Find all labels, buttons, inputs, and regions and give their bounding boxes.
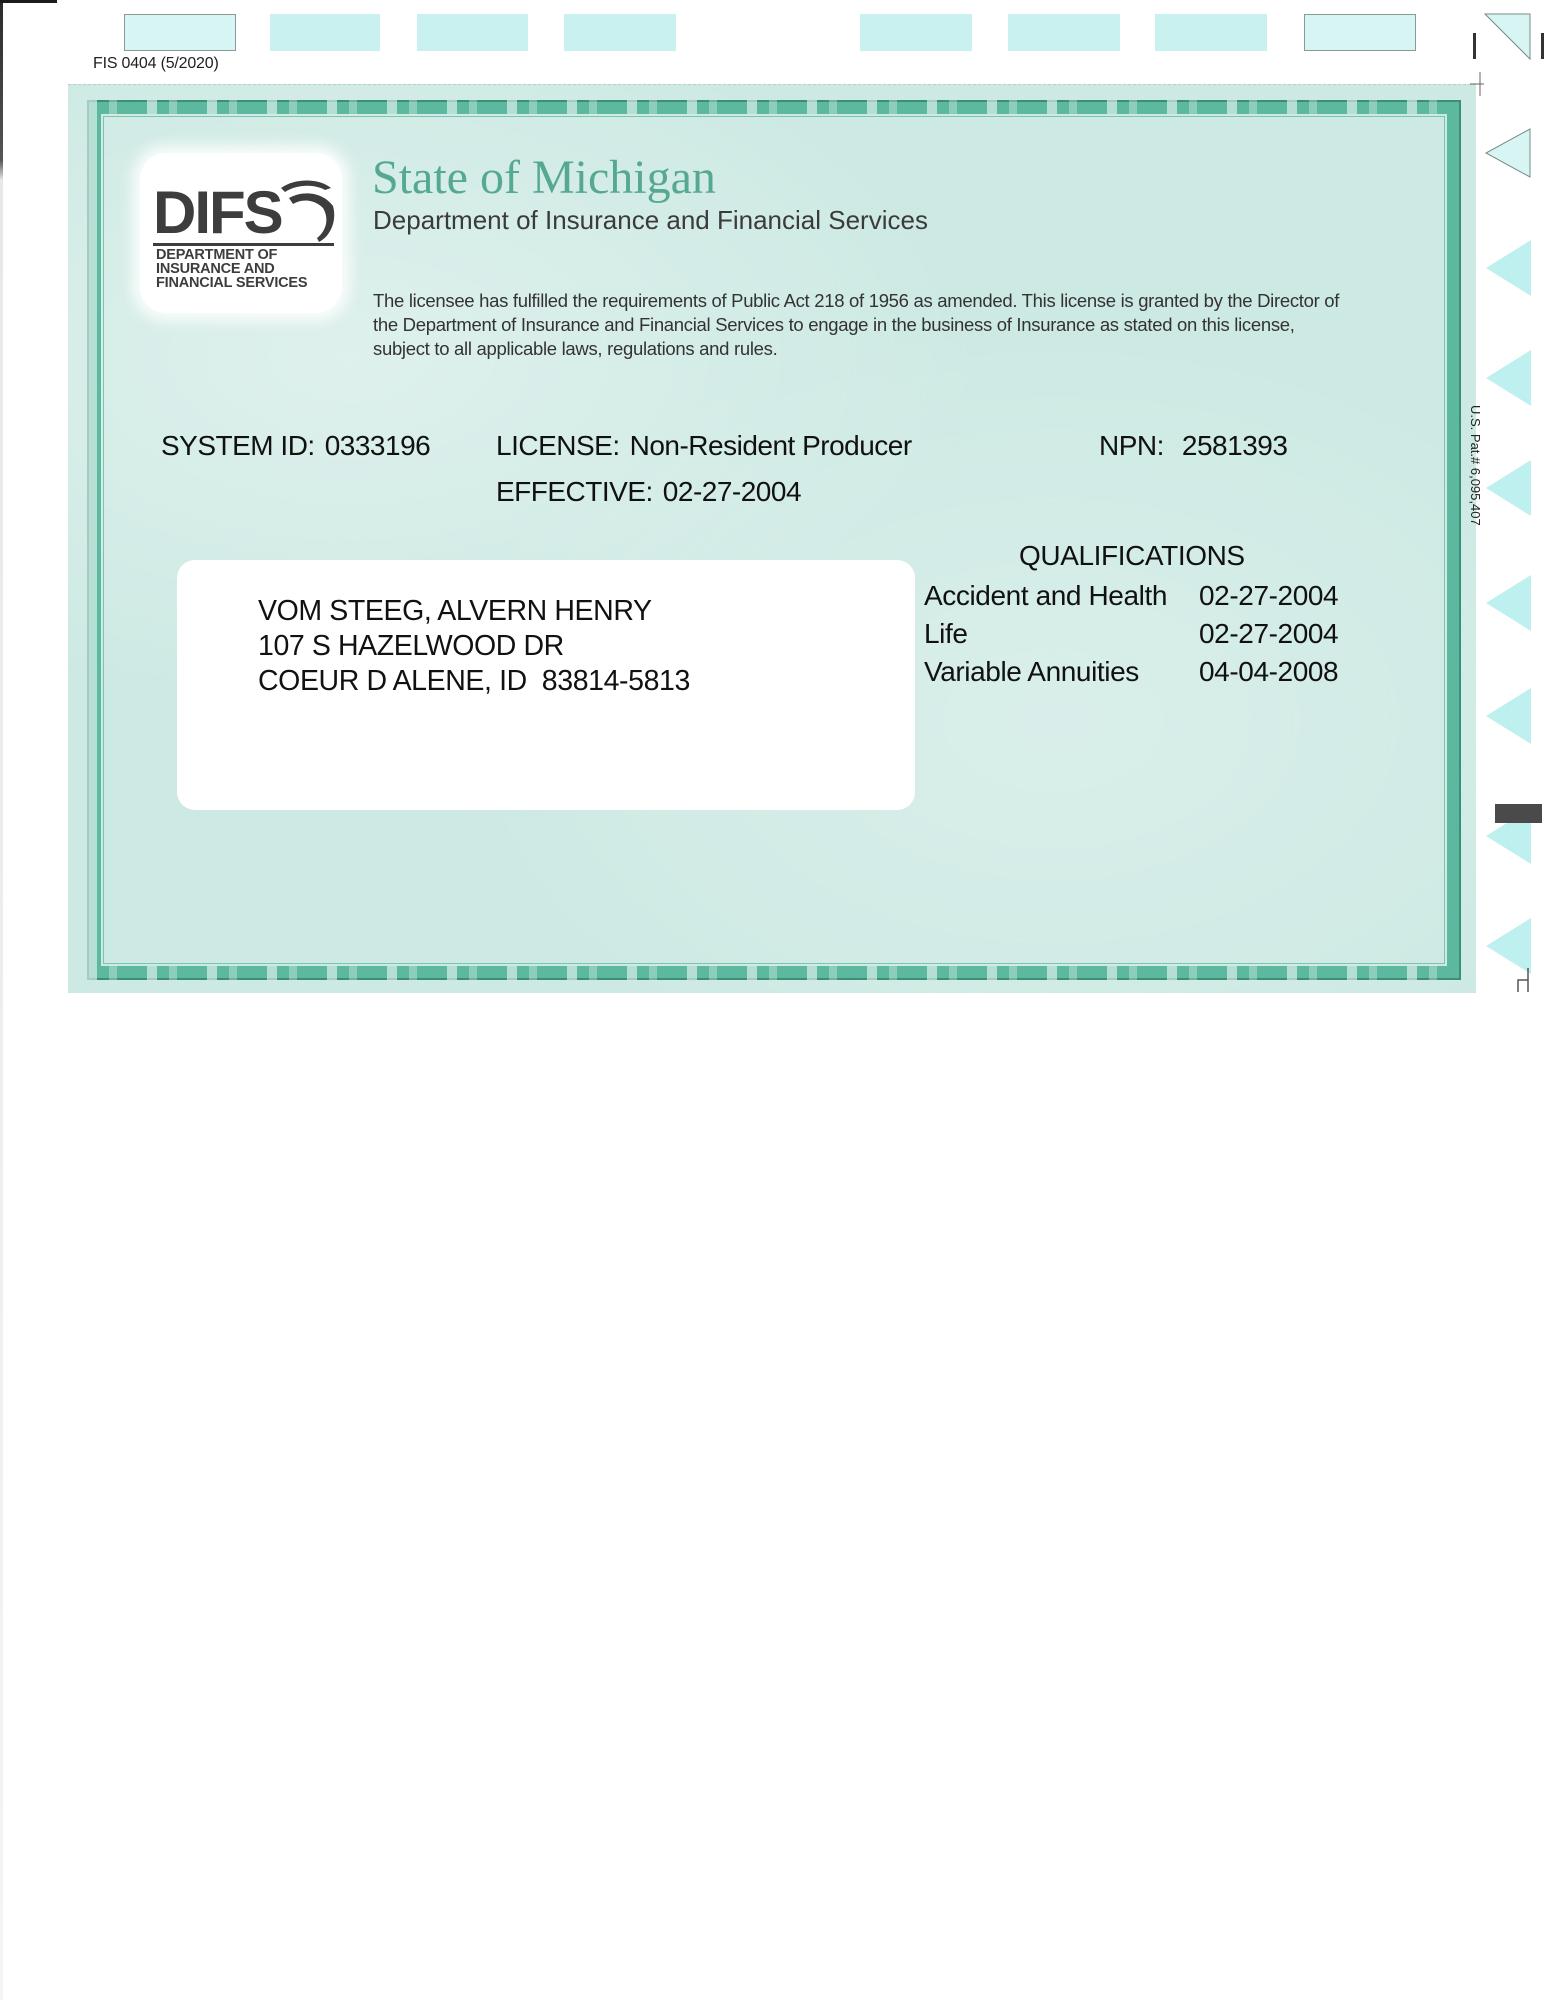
registration-swatch <box>1304 14 1416 51</box>
triangle-left-icon <box>1486 350 1531 406</box>
effective-value: 02-27-2004 <box>663 476 801 507</box>
qualifications-table: Accident and Health 02-27-2004 Life 02-2… <box>924 577 1338 691</box>
qualification-date: 04-04-2008 <box>1199 653 1338 691</box>
scan-edge-left <box>0 0 3 2000</box>
effective-label: EFFECTIVE: <box>496 476 653 507</box>
table-row: Accident and Health 02-27-2004 <box>924 577 1338 615</box>
triangle-left-icon <box>1486 575 1531 631</box>
triangle-left-icon <box>1486 688 1531 744</box>
effective-field: EFFECTIVE:02-27-2004 <box>496 476 801 508</box>
registration-swatch <box>1155 14 1267 51</box>
department-name: Department of Insurance and Financial Se… <box>373 205 928 236</box>
table-row: Variable Annuities 04-04-2008 <box>924 653 1338 691</box>
triangle-left-icon <box>1486 240 1531 296</box>
registration-swatch <box>860 14 972 51</box>
logo-rule <box>153 243 334 246</box>
logo-line: DEPARTMENT OF <box>156 248 307 262</box>
registration-mark <box>1473 33 1476 59</box>
license-field: LICENSE:Non-Resident Producer <box>496 430 912 462</box>
triangle-left-icon <box>1484 128 1532 178</box>
page-title: State of Michigan <box>372 150 716 205</box>
registration-mark <box>1541 33 1544 59</box>
qualification-name: Accident and Health <box>924 577 1199 615</box>
logo-department-text: DEPARTMENT OF INSURANCE AND FINANCIAL SE… <box>156 248 307 290</box>
npn-field: NPN:2581393 <box>1099 430 1287 462</box>
patent-number: U.S. Pat.# 6,095,407 <box>1468 405 1483 526</box>
table-row: Life 02-27-2004 <box>924 615 1338 653</box>
system-id-field: SYSTEM ID:0333196 <box>161 430 430 462</box>
address-street: 107 S HAZELWOOD DR <box>258 629 690 664</box>
logo-line: FINANCIAL SERVICES <box>156 276 307 290</box>
npn-label: NPN: <box>1099 430 1164 461</box>
bracket-mark-icon <box>1516 966 1530 992</box>
qualification-name: Life <box>924 615 1199 653</box>
logo-abbr: DIFS <box>153 183 282 243</box>
form-id: FIS 0404 (5/2020) <box>93 55 219 73</box>
license-value: Non-Resident Producer <box>630 430 912 461</box>
registration-swatch <box>564 14 676 51</box>
timing-mark <box>1495 804 1542 823</box>
qualification-date: 02-27-2004 <box>1199 615 1338 653</box>
system-id-label: SYSTEM ID: <box>161 430 315 461</box>
license-label: LICENSE: <box>496 430 620 461</box>
qualification-date: 02-27-2004 <box>1199 577 1338 615</box>
crosshair-mark-icon <box>1470 72 1490 96</box>
michigan-swoosh-icon <box>275 176 339 246</box>
registration-swatch <box>417 14 528 51</box>
system-id-value: 0333196 <box>325 430 431 461</box>
address-city: COEUR D ALENE, ID 83814-5813 <box>258 664 690 699</box>
qualification-name: Variable Annuities <box>924 653 1199 691</box>
registration-swatch <box>1008 14 1120 51</box>
corner-triangle-icon <box>1484 13 1532 61</box>
registration-swatch <box>124 14 236 51</box>
license-statement: The licensee has fulfilled the requireme… <box>373 289 1353 361</box>
mailing-address: VOM STEEG, ALVERN HENRY 107 S HAZELWOOD … <box>258 594 690 699</box>
qualifications-title: QUALIFICATIONS <box>1019 540 1245 572</box>
npn-value: 2581393 <box>1182 430 1288 461</box>
triangle-left-icon <box>1486 460 1531 516</box>
address-name: VOM STEEG, ALVERN HENRY <box>258 594 690 629</box>
logo-line: INSURANCE AND <box>156 262 307 276</box>
registration-swatch <box>270 14 380 51</box>
scan-edge-top <box>0 0 57 3</box>
